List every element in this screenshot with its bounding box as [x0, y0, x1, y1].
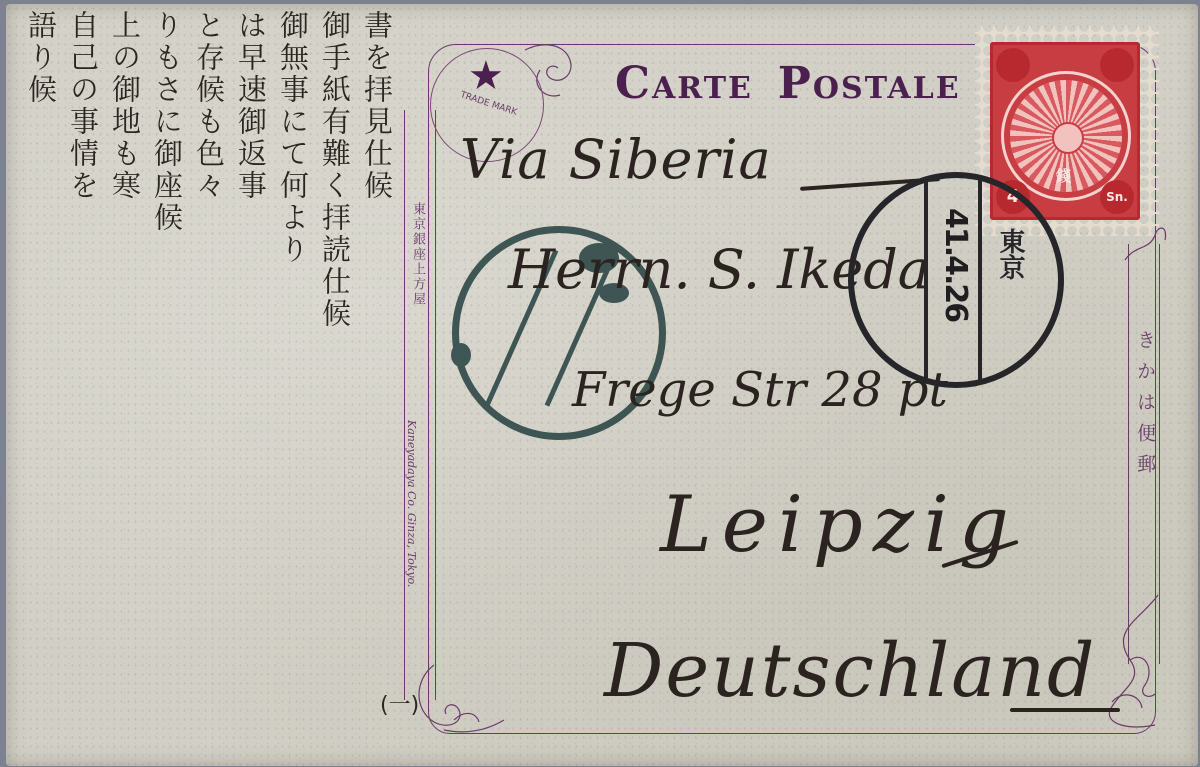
publisher-japanese: 東京銀座上方屋 — [408, 202, 427, 307]
route-line: Via Siberia — [460, 128, 772, 191]
message-line: 御手紙有難く拝読仕候 — [314, 10, 356, 745]
postmark-bar — [924, 178, 928, 382]
country-line: Deutschland — [604, 628, 1096, 714]
handwritten-message: 書を拝見仕候 御手紙有難く拝読仕候 御無事にて何より は早速御返事 と存候も色々… — [18, 10, 398, 745]
ink-flourish — [1010, 708, 1120, 712]
message-line: 上の御地も寒 — [104, 10, 146, 745]
stamp-center — [1052, 122, 1084, 154]
postmark-right: 41.4.26 東京 — [848, 172, 1064, 388]
stamp-denomination-right: Sn. — [1100, 180, 1134, 214]
message-line: 候ところ — [18, 10, 20, 745]
postmark-bar — [978, 178, 982, 382]
message-line: りもさに御座候 — [146, 10, 188, 745]
corner-ornament-bottom-left — [404, 660, 514, 740]
postmark-date: 41.4.26 — [938, 208, 973, 321]
message-line: と存候も色々 — [188, 10, 230, 745]
card-title: CARTE POSTALE — [615, 58, 961, 109]
message-line: は早速御返事 — [230, 10, 272, 745]
message-line: 書を拝見仕候 — [356, 10, 398, 745]
star-icon: ★ — [468, 53, 504, 99]
postmark-place: 東京 — [992, 228, 1029, 280]
stamp-corner-tl — [996, 48, 1030, 82]
message-line: 語り候 — [20, 10, 62, 745]
ink-blot — [451, 343, 471, 367]
stamp-unit: 錢 — [1056, 165, 1071, 186]
side-label-japanese: きかは便郵 — [1132, 330, 1159, 485]
stamp-corner-tr — [1100, 48, 1134, 82]
corner-ornament-bottom-right — [1100, 590, 1170, 740]
publisher-panel — [404, 110, 436, 700]
message-line: 自己の事情を — [62, 10, 104, 745]
message-line: 御無事にて何より — [272, 10, 314, 745]
publisher-english: Kaneyadaya Co. Ginza, Tokyo. — [405, 420, 418, 588]
street-line: Frege Str 28 pt — [572, 362, 948, 418]
